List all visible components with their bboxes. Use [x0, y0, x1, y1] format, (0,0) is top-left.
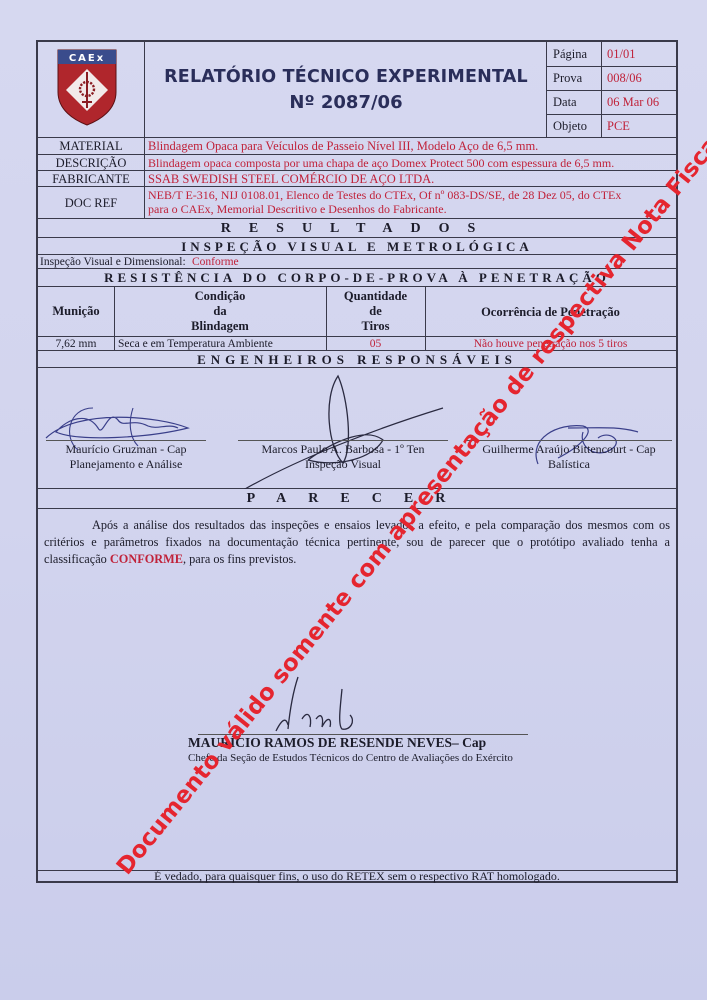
- row-material: MATERIAL Blindagem Opaca para Veículos d…: [38, 138, 676, 155]
- svg-text:CAEx: CAEx: [69, 53, 105, 64]
- meta-row-pagina: Página 01/01: [547, 42, 677, 67]
- table-row: 7,62 mm Seca e em Temperatura Ambiente 0…: [38, 337, 676, 351]
- row-inspection-result: Inspeção Visual e Dimensional: Conforme: [38, 255, 676, 269]
- row-docref: DOC REF NEB/T E-316, NIJ 0108.01, Elenco…: [38, 187, 676, 219]
- report-number: Nº 2087/06: [146, 92, 546, 113]
- section-resultados: RESULTADOS: [38, 219, 676, 238]
- engineer-2: Marcos Paulo A. Barbosa - 1º Ten Inspeçã…: [238, 442, 448, 472]
- row-fabricante: FABRICANTE SSAB SWEDISH STEEL COMÉRCIO D…: [38, 171, 676, 187]
- report-header: CAEx RELATÓRIO TÉCNICO EXPERIMENTAL Nº 2…: [38, 42, 676, 138]
- section-parecer: PARECER: [38, 489, 676, 509]
- engineers-signatures: Maurício Gruzman - Cap Planejamento e An…: [38, 368, 676, 489]
- col-municao: Munição: [38, 304, 114, 319]
- document-page: CAEx RELATÓRIO TÉCNICO EXPERIMENTAL Nº 2…: [0, 0, 707, 1000]
- col-tiros: Quantidade de Tiros: [326, 289, 425, 334]
- col-condicao: Condição da Blindagem: [114, 289, 326, 334]
- meta-row-data: Data 06 Mar 06: [547, 90, 677, 115]
- report-frame: CAEx RELATÓRIO TÉCNICO EXPERIMENTAL Nº 2…: [36, 40, 678, 883]
- meta-row-prova: Prova 008/06: [547, 66, 677, 91]
- chief-role: Chefe da Seção de Estudos Técnicos do Ce…: [188, 752, 513, 764]
- report-title: RELATÓRIO TÉCNICO EXPERIMENTAL: [146, 67, 546, 87]
- caex-shield-logo-icon: CAEx: [56, 48, 118, 126]
- section-engenheiros: ENGENHEIROS RESPONSÁVEIS: [38, 351, 676, 368]
- section-inspecao: INSPEÇÃO VISUAL E METROLÓGICA: [38, 238, 676, 255]
- meta-row-objeto: Objeto PCE: [547, 114, 677, 138]
- col-ocorrencia: Ocorrência de Penetração: [425, 305, 676, 320]
- row-descricao: DESCRIÇÃO Blindagem opaca composta por u…: [38, 155, 676, 171]
- report-meta-table: Página 01/01 Prova 008/06 Data 06 Mar 06…: [546, 42, 677, 138]
- engineer-3: Guilherme Araújo Bittencourt - Cap Balís…: [466, 442, 672, 472]
- engineer-1: Maurício Gruzman - Cap Planejamento e An…: [46, 442, 206, 472]
